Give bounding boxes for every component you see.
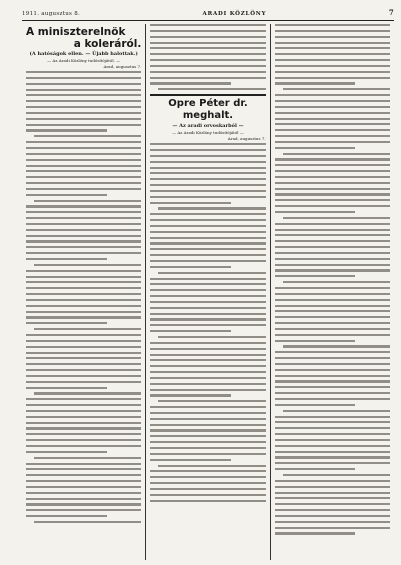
text-line [26,486,141,488]
text-line [150,149,265,151]
text-line [275,47,390,49]
text-line [150,172,265,174]
text-line [150,202,231,204]
text-line [275,340,356,342]
text-line [275,380,390,382]
text-line [26,334,141,336]
text-line [150,266,231,268]
text-line [283,474,390,476]
text-line [150,289,265,291]
text-line [150,237,265,239]
text-line [275,445,390,447]
text-line [275,287,390,289]
text-line [34,392,141,394]
text-line [150,354,265,356]
text-line [275,486,390,488]
text-line [26,427,141,429]
text-line [26,381,141,383]
text-line [275,316,390,318]
text-line [158,400,265,402]
text-line [26,159,141,161]
text-line [26,363,141,365]
masthead: 1911. augusztus 8. ARADI KÖZLÖNY 7 [22,8,394,21]
text-line [275,258,390,260]
text-line [150,324,265,326]
text-line [150,155,265,157]
text-line [275,147,356,149]
text-line [150,429,265,431]
text-line [34,200,141,202]
text-line [275,480,390,482]
text-line [26,316,141,318]
text-line [275,182,390,184]
text-line [26,229,141,231]
text-line [150,143,265,145]
text-line [26,129,107,131]
text-line [150,424,265,426]
text-line [275,375,390,377]
text-line [26,217,141,219]
text-line [26,89,141,91]
text-line [275,106,390,108]
text-line [26,299,141,301]
text-line [150,488,265,490]
text-line [150,476,265,478]
text-line [275,65,390,67]
text-line [150,500,265,502]
text-line [275,205,390,207]
text-line [26,293,141,295]
article-headline-opre: Opre Péter dr. meghalt. [150,98,265,122]
text-line [275,234,390,236]
text-line [275,30,390,32]
text-line [26,276,141,278]
text-line [275,293,390,295]
text-line [275,199,390,201]
text-line [150,219,265,221]
text-line [275,176,390,178]
text-line [150,231,265,233]
text-line [26,439,141,441]
text-line [26,252,141,254]
article-dateline: Arad, augusztus 7. [26,64,141,69]
text-line [26,503,141,505]
article-body-text-continued [275,24,390,535]
text-line [26,246,141,248]
text-line [275,515,390,517]
text-line [26,170,141,172]
text-line [150,383,265,385]
text-line [26,258,107,260]
text-line [283,281,390,283]
text-line [26,118,141,120]
text-line [275,462,390,464]
text-line [275,53,390,55]
text-line [26,153,141,155]
text-line [275,334,390,336]
text-line [275,451,390,453]
text-line [150,313,265,315]
article-body-text [26,71,141,523]
text-line [275,427,390,429]
text-line [275,59,390,61]
text-line [26,322,107,324]
text-line [275,468,356,470]
text-line [150,359,265,361]
text-line [150,318,265,320]
page-number: 7 [389,8,394,17]
text-line [275,532,356,534]
text-line [26,141,141,143]
text-line [26,112,141,114]
text-line [275,322,390,324]
text-line [275,82,356,84]
text-line [26,375,141,377]
text-line [150,178,265,180]
text-line [275,71,390,73]
text-line [26,176,141,178]
text-line [275,404,356,406]
text-line [150,42,265,44]
text-line [283,410,390,412]
text-line [26,147,141,149]
column-right [270,24,394,560]
text-line [150,342,265,344]
text-line [150,260,265,262]
text-line [150,453,265,455]
text-line [275,100,390,102]
text-line [275,509,390,511]
article-divider [150,94,265,96]
text-line [26,83,141,85]
text-line [26,205,141,207]
text-line [150,307,265,309]
text-line [275,503,390,505]
text-line [275,211,356,213]
text-line [26,445,141,447]
text-line [34,457,141,459]
text-line [26,369,141,371]
text-line [275,246,390,248]
text-line [26,223,141,225]
text-line [150,254,265,256]
text-line [275,357,390,359]
text-line [275,456,390,458]
text-line [150,190,265,192]
text-line [26,106,141,108]
text-line [158,88,265,90]
text-line [275,42,390,44]
text-line [150,482,265,484]
text-line [26,404,141,406]
text-line [150,65,265,67]
article-headline-cholera: A miniszterelnök a koleráról. [26,26,141,50]
text-line [283,88,390,90]
text-line [275,310,390,312]
text-line [275,240,390,242]
text-line [26,94,141,96]
text-line [150,459,231,461]
text-line [26,474,141,476]
text-line [26,281,141,283]
text-line [275,36,390,38]
text-line [275,521,390,523]
text-line [275,170,390,172]
text-line [150,242,265,244]
text-line [26,270,141,272]
text-line [283,345,390,347]
text-line [275,328,390,330]
text-line [275,24,390,26]
text-line [26,387,107,389]
text-line [275,275,356,277]
text-line [275,386,390,388]
text-line [275,135,390,137]
text-line [26,287,141,289]
text-line [150,418,265,420]
text-line [150,196,265,198]
text-line [26,311,141,313]
text-line [150,213,265,215]
text-line [275,223,390,225]
text-line [275,123,390,125]
text-line [275,77,390,79]
text-line [283,217,390,219]
text-line [275,363,390,365]
text-line [275,497,390,499]
headline-line-1: A miniszterelnök [26,26,125,38]
text-line [158,336,265,338]
text-line [26,357,141,359]
text-line [26,498,141,500]
text-line [150,24,265,26]
text-line [275,269,390,271]
text-line [150,184,265,186]
text-line [275,141,390,143]
text-line [158,465,265,467]
text-line [275,264,390,266]
text-line [34,521,141,523]
text-line [150,248,265,250]
text-line [150,301,265,303]
text-line [26,433,141,435]
text-line [26,422,141,424]
text-line [26,416,141,418]
text-line [150,406,265,408]
text-line [275,392,390,394]
text-line [275,421,390,423]
text-line [275,112,390,114]
text-line [150,441,265,443]
text-line [150,59,265,61]
article-subhead: (A hatóságok ellen. — Újabb halottak.) [26,51,141,57]
text-line [150,470,265,472]
text-line [26,398,141,400]
text-line [150,330,231,332]
text-line [26,480,141,482]
text-line [275,188,390,190]
newspaper-title: ARADI KÖZLÖNY [203,11,267,17]
text-line [275,252,390,254]
text-line [26,100,141,102]
text-line [150,225,265,227]
text-line [150,53,265,55]
issue-date: 1911. augusztus 8. [22,11,80,17]
text-line [150,36,265,38]
text-line [283,153,390,155]
text-line [275,229,390,231]
text-line [275,164,390,166]
text-line [275,129,390,131]
text-line [26,182,141,184]
text-line [150,348,265,350]
text-line [26,346,141,348]
text-line [150,82,231,84]
text-line [275,398,390,400]
text-line [275,158,390,160]
text-line [150,167,265,169]
text-line [26,71,141,73]
text-line [150,71,265,73]
text-line [26,165,141,167]
text-line [34,264,141,266]
text-line [150,371,265,373]
text-line [26,515,107,517]
text-line [26,77,141,79]
text-line [34,135,141,137]
text-line [26,188,141,190]
article-byline: — Az Aradi Közlöny tudósítójától — [150,130,265,135]
text-line [26,340,141,342]
article-subhead: — Az aradi orvoskarból — [150,123,265,129]
text-line [150,295,265,297]
text-line [158,272,265,274]
text-line [275,416,390,418]
article-body-text-continued [150,24,265,90]
text-line [275,369,390,371]
text-line [275,305,390,307]
text-line [150,77,265,79]
text-line [150,394,231,396]
text-line [26,194,107,196]
text-line [150,389,265,391]
text-line [150,278,265,280]
text-line [26,235,141,237]
text-line [26,468,141,470]
article-byline: — Az Aradi Közlöny tudósítójától. — [26,58,141,63]
text-line [275,299,390,301]
text-line [26,463,141,465]
text-line [275,439,390,441]
text-line [150,412,265,414]
text-line [150,494,265,496]
text-line [275,94,390,96]
newspaper-page: 1911. augusztus 8. ARADI KÖZLÖNY 7 A min… [22,8,394,560]
text-line [275,193,390,195]
column-middle: Opre Péter dr. meghalt. — Az aradi orvos… [145,24,269,560]
text-line [150,447,265,449]
text-line [275,527,390,529]
text-line [150,377,265,379]
text-line [158,207,265,209]
text-line [150,161,265,163]
text-line [26,240,141,242]
text-line [26,492,141,494]
article-body-text [150,143,265,502]
text-line [26,352,141,354]
text-line [26,509,141,511]
text-line [150,47,265,49]
text-line [275,118,390,120]
text-line [275,351,390,353]
text-line [150,435,265,437]
text-line [26,211,141,213]
article-dateline: Arad, augusztus 7. [150,136,265,141]
text-line [150,365,265,367]
text-line [150,30,265,32]
text-line [34,328,141,330]
column-left: A miniszterelnök a koleráról. (A hatóság… [22,24,145,560]
headline-line-2: a koleráról. [26,38,141,50]
text-line [26,451,107,453]
text-line [275,433,390,435]
text-line [150,283,265,285]
text-line [275,492,390,494]
text-line [26,410,141,412]
text-line [26,124,141,126]
text-line [26,305,141,307]
